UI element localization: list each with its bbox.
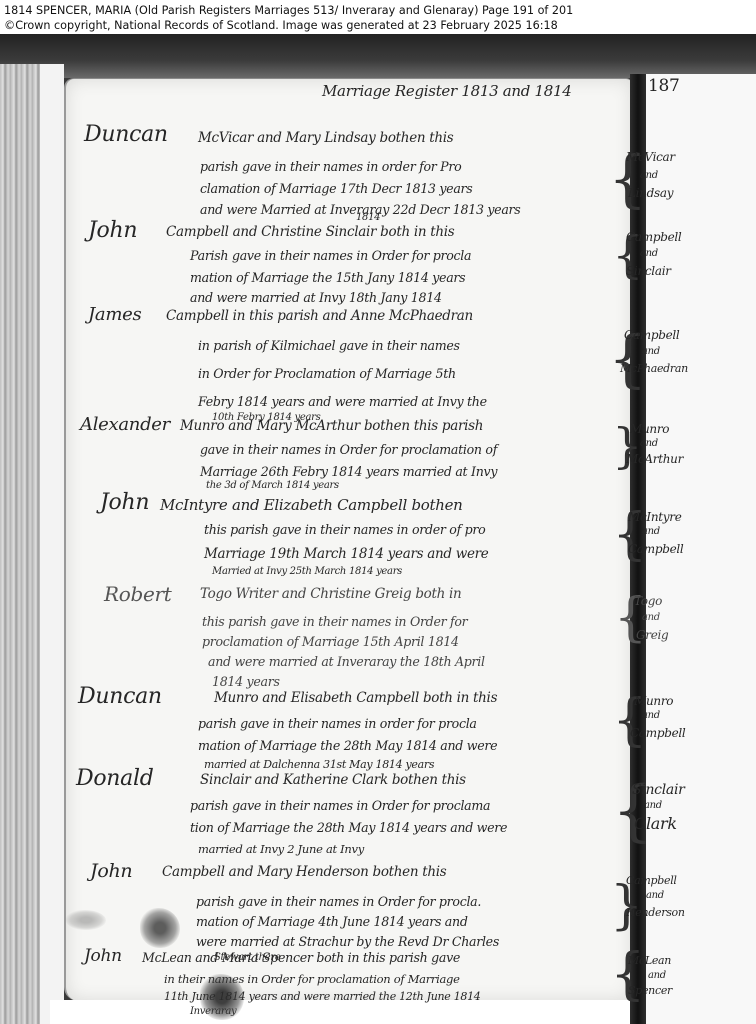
entry-line: in Order for Proclamation of Marriage 5t… [198, 366, 456, 381]
margin-and: and [642, 526, 660, 537]
entry-first-line: McVicar and Mary Lindsay bothen this [198, 130, 453, 146]
margin-surname: Henderson [626, 906, 685, 919]
margin-surname: Sinclair [626, 264, 671, 278]
binding-edge [40, 64, 64, 1024]
entry-line: proclamation of Marriage 15th April 1814 [202, 634, 459, 649]
entry-line: the 3d of March 1814 years [206, 480, 339, 491]
entry-first-line: Munro and Mary McArthur bothen this pari… [180, 418, 483, 434]
entry-line: married at Dalchenna 31st May 1814 years [204, 758, 434, 771]
entry-line: Parish gave in their names in Order for … [190, 248, 471, 263]
margin-and: and [648, 970, 666, 981]
margin-surname: Sinclair [632, 782, 685, 798]
groom-first-name: Alexander [80, 414, 170, 435]
margin-surname: Togo [634, 594, 662, 608]
margin-surname: Campbell [626, 874, 677, 887]
top-shadow [0, 34, 756, 78]
entry-line: this parish gave in their names in Order… [202, 614, 467, 629]
caption-copyright: ©Crown copyright, National Records of Sc… [4, 18, 756, 33]
margin-surname: Greig [636, 628, 668, 642]
margin-surname: McLean [628, 954, 671, 967]
entry-line: and were married at Inveraray the 18th A… [208, 654, 485, 669]
groom-first-name: John [100, 490, 149, 515]
groom-first-name: John [90, 860, 132, 882]
brace-icon: { [610, 942, 646, 1007]
margin-surname: Campbell [628, 542, 683, 556]
margin-and: and [644, 800, 662, 811]
entry-line: Marriage 19th March 1814 years and were [204, 546, 488, 562]
margin-surname: Lindsay [628, 186, 673, 200]
entry-first-line: Sinclair and Katherine Clark bothen this [200, 772, 466, 788]
margin-surname: Clark [634, 814, 677, 833]
entry-first-line: Campbell and Mary Henderson bothen this [162, 864, 446, 880]
groom-first-name: Donald [76, 766, 154, 791]
entry-line: clamation of Marriage 17th Decr 1813 yea… [200, 181, 472, 196]
ink-smudge [140, 908, 180, 948]
entry-first-line: Togo Writer and Christine Greig both in [200, 586, 461, 602]
caption-title: 1814 SPENCER, MARIA (Old Parish Register… [4, 3, 756, 18]
entry-first-line: Campbell and Christine Sinclair both in … [166, 224, 454, 240]
entry-line: mation of Marriage the 28th May 1814 and… [198, 738, 497, 753]
page-bottom-margin [50, 1000, 630, 1024]
entry-line: parish gave in their names in order for … [200, 159, 461, 174]
folio-number: 187 [648, 76, 680, 96]
entry-first-line: McLean and Maria Spencer both in this pa… [142, 950, 460, 965]
entry-line: mation of Marriage 4th June 1814 years a… [196, 914, 468, 929]
margin-surname: Campbell [626, 230, 681, 244]
entry-first-line: Munro and Elisabeth Campbell both in thi… [214, 690, 497, 706]
entry-line: parish gave in their names in Order for … [196, 894, 481, 909]
entry-line: gave in their names in Order for proclam… [200, 442, 497, 457]
groom-first-name: Robert [104, 582, 172, 606]
margin-and: and [640, 438, 658, 449]
groom-first-name: James [88, 304, 141, 325]
ink-smudge [66, 910, 106, 930]
entry-line: and were married at Invy 18th Jany 1814 [190, 290, 442, 305]
entry-first-line: McIntyre and Elizabeth Campbell bothen [160, 496, 463, 514]
margin-surname: McArthur [626, 452, 683, 466]
entry-line: 1814 years [212, 674, 280, 689]
entry-line: mation of Marriage the 15th Jany 1814 ye… [190, 270, 465, 285]
page-heading: Marriage Register 1813 and 1814 [322, 82, 572, 100]
margin-surname: Munro [634, 694, 673, 708]
margin-and: and [646, 890, 664, 901]
entry-line: were married at Strachur by the Revd Dr … [196, 934, 499, 949]
entry-line: this parish gave in their names in order… [204, 522, 485, 537]
entry-line: married at Invy 2 June at Invy [198, 842, 364, 856]
margin-surname: McIntyre [628, 510, 682, 524]
image-caption: 1814 SPENCER, MARIA (Old Parish Register… [0, 0, 756, 34]
groom-first-name: John [88, 218, 137, 243]
groom-first-name: John [84, 946, 122, 966]
margin-surname: McVicar [626, 150, 675, 164]
margin-surname: Munro [630, 422, 669, 436]
margin-and: and [642, 710, 660, 721]
margin-and: and [640, 170, 658, 181]
margin-and: and [642, 346, 660, 357]
year-note: 1814 [356, 212, 380, 223]
groom-first-name: Duncan [78, 684, 162, 709]
margin-surname: Campbell [630, 726, 685, 740]
margin-surname: Campbell [624, 328, 679, 342]
entry-first-line: Campbell in this parish and Anne McPhaed… [166, 308, 473, 324]
margin-and: and [640, 248, 658, 259]
margin-and: and [642, 612, 660, 623]
entry-line: parish gave in their names in order for … [198, 716, 477, 731]
entry-line: tion of Marriage the 28th May 1814 years… [190, 820, 507, 835]
entry-line: Married at Invy 25th March 1814 years [212, 566, 402, 577]
groom-first-name: Duncan [84, 122, 168, 147]
margin-surname: Spencer [628, 984, 672, 997]
entry-line: in parish of Kilmichael gave in their na… [198, 338, 460, 353]
ink-smudge [200, 974, 244, 1020]
entry-line: Marriage 26th Febry 1814 years married a… [200, 464, 497, 479]
entry-line: Febry 1814 years and were married at Inv… [198, 394, 487, 409]
entry-line: parish gave in their names in Order for … [190, 798, 490, 813]
margin-surname: McPhaedran [620, 362, 688, 375]
register-scan: Marriage Register 1813 and 1814 187 Dunc… [0, 34, 756, 1024]
